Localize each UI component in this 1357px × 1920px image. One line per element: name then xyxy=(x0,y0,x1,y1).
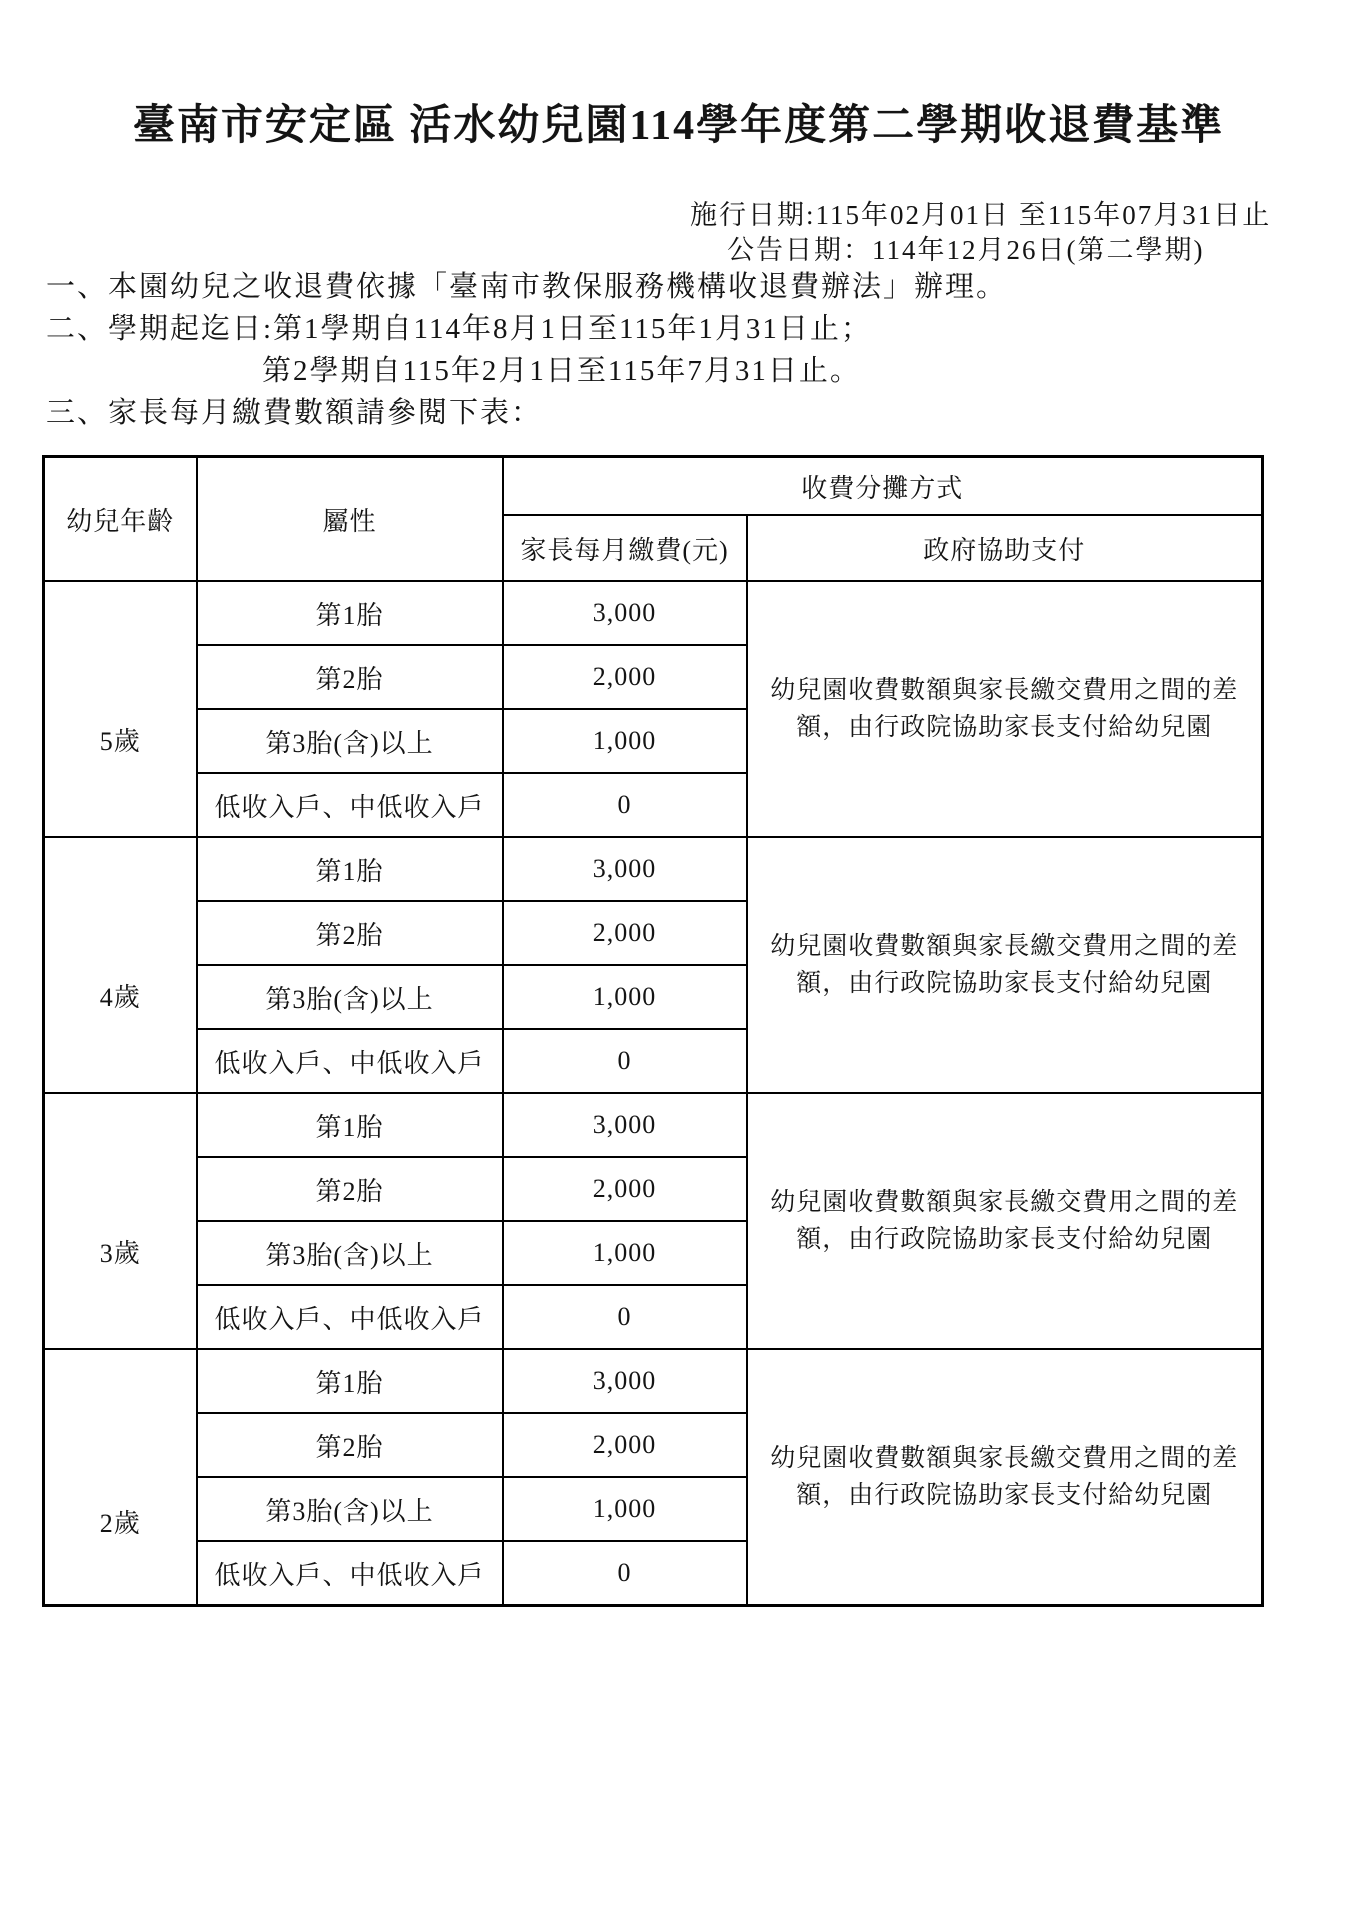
table-row: 2歲 第1胎 3,000 幼兒園收費數額與家長繳交費用之間的差額，由行政院協助家… xyxy=(44,1349,1263,1413)
page-title: 臺南市安定區 活水幼兒園114學年度第二學期收退費基準 xyxy=(0,92,1357,152)
header-parent-monthly-fee: 家長每月繳費(元) xyxy=(503,515,747,581)
attribute-cell: 低收入戶、中低收入戶 xyxy=(197,1541,503,1606)
gov-support-cell: 幼兒園收費數額與家長繳交費用之間的差額，由行政院協助家長支付給幼兒園 xyxy=(747,837,1263,1093)
attribute-cell: 第1胎 xyxy=(197,1349,503,1413)
attribute-cell: 第3胎(含)以上 xyxy=(197,1477,503,1541)
fee-table: 幼兒年齡 屬性 收費分攤方式 家長每月繳費(元) 政府協助支付 5歲 第1胎 3… xyxy=(42,455,1264,1607)
header-gov-support: 政府協助支付 xyxy=(747,515,1263,581)
attribute-cell: 第1胎 xyxy=(197,1093,503,1157)
attribute-cell: 第2胎 xyxy=(197,901,503,965)
table-row: 4歲 第1胎 3,000 幼兒園收費數額與家長繳交費用之間的差額，由行政院協助家… xyxy=(44,837,1263,901)
age-group-cell: 4歲 xyxy=(44,837,197,1093)
note-item-3: 三、家長每月繳費數額請參閱下表： xyxy=(46,392,1007,434)
notes-list: 一、本園幼兒之收退費依據「臺南市教保服務機構收退費辦法」辦理。 二、學期起迄日:… xyxy=(46,266,1007,434)
age-group-cell: 3歲 xyxy=(44,1093,197,1349)
attribute-cell: 第3胎(含)以上 xyxy=(197,709,503,773)
fee-cell: 0 xyxy=(503,1541,747,1606)
table-row: 5歲 第1胎 3,000 幼兒園收費數額與家長繳交費用之間的差額，由行政院協助家… xyxy=(44,581,1263,645)
fee-cell: 2,000 xyxy=(503,901,747,965)
fee-cell: 3,000 xyxy=(503,581,747,645)
attribute-cell: 低收入戶、中低收入戶 xyxy=(197,773,503,837)
date-block: 施行日期:115年02月01日 至115年07月31日止 公告日期：114年12… xyxy=(690,198,1271,268)
attribute-cell: 低收入戶、中低收入戶 xyxy=(197,1285,503,1349)
fee-cell: 3,000 xyxy=(503,1349,747,1413)
attribute-cell: 第1胎 xyxy=(197,837,503,901)
gov-support-cell: 幼兒園收費數額與家長繳交費用之間的差額，由行政院協助家長支付給幼兒園 xyxy=(747,1093,1263,1349)
fee-cell: 1,000 xyxy=(503,709,747,773)
effective-date: 施行日期:115年02月01日 至115年07月31日止 xyxy=(690,198,1271,233)
fee-cell: 2,000 xyxy=(503,1157,747,1221)
note-item-2-continued: 第2學期自115年2月1日至115年7月31日止。 xyxy=(46,350,1007,392)
fee-cell: 0 xyxy=(503,1029,747,1093)
header-row-1: 幼兒年齡 屬性 收費分攤方式 xyxy=(44,457,1263,516)
header-age: 幼兒年齡 xyxy=(44,457,197,582)
fee-cell: 3,000 xyxy=(503,837,747,901)
fee-cell: 3,000 xyxy=(503,1093,747,1157)
attribute-cell: 低收入戶、中低收入戶 xyxy=(197,1029,503,1093)
attribute-cell: 第2胎 xyxy=(197,645,503,709)
fee-cell: 1,000 xyxy=(503,1221,747,1285)
note-item-1: 一、本園幼兒之收退費依據「臺南市教保服務機構收退費辦法」辦理。 xyxy=(46,266,1007,308)
fee-cell: 1,000 xyxy=(503,965,747,1029)
fee-cell: 2,000 xyxy=(503,645,747,709)
fee-cell: 0 xyxy=(503,1285,747,1349)
table-row: 3歲 第1胎 3,000 幼兒園收費數額與家長繳交費用之間的差額，由行政院協助家… xyxy=(44,1093,1263,1157)
fee-cell: 1,000 xyxy=(503,1477,747,1541)
gov-support-cell: 幼兒園收費數額與家長繳交費用之間的差額，由行政院協助家長支付給幼兒園 xyxy=(747,581,1263,837)
announcement-date: 公告日期：114年12月26日(第二學期) xyxy=(690,233,1271,268)
attribute-cell: 第3胎(含)以上 xyxy=(197,1221,503,1285)
gov-support-cell: 幼兒園收費數額與家長繳交費用之間的差額，由行政院協助家長支付給幼兒園 xyxy=(747,1349,1263,1606)
header-fee-sharing: 收費分攤方式 xyxy=(503,457,1263,516)
fee-cell: 0 xyxy=(503,773,747,837)
header-attribute: 屬性 xyxy=(197,457,503,582)
fee-cell: 2,000 xyxy=(503,1413,747,1477)
age-group-cell: 2歲 xyxy=(44,1349,197,1606)
attribute-cell: 第2胎 xyxy=(197,1157,503,1221)
attribute-cell: 第3胎(含)以上 xyxy=(197,965,503,1029)
note-item-2: 二、學期起迄日:第1學期自114年8月1日至115年1月31日止； xyxy=(46,308,1007,350)
attribute-cell: 第2胎 xyxy=(197,1413,503,1477)
fee-table-container: 幼兒年齡 屬性 收費分攤方式 家長每月繳費(元) 政府協助支付 5歲 第1胎 3… xyxy=(42,455,1264,1607)
attribute-cell: 第1胎 xyxy=(197,581,503,645)
age-group-cell: 5歲 xyxy=(44,581,197,837)
